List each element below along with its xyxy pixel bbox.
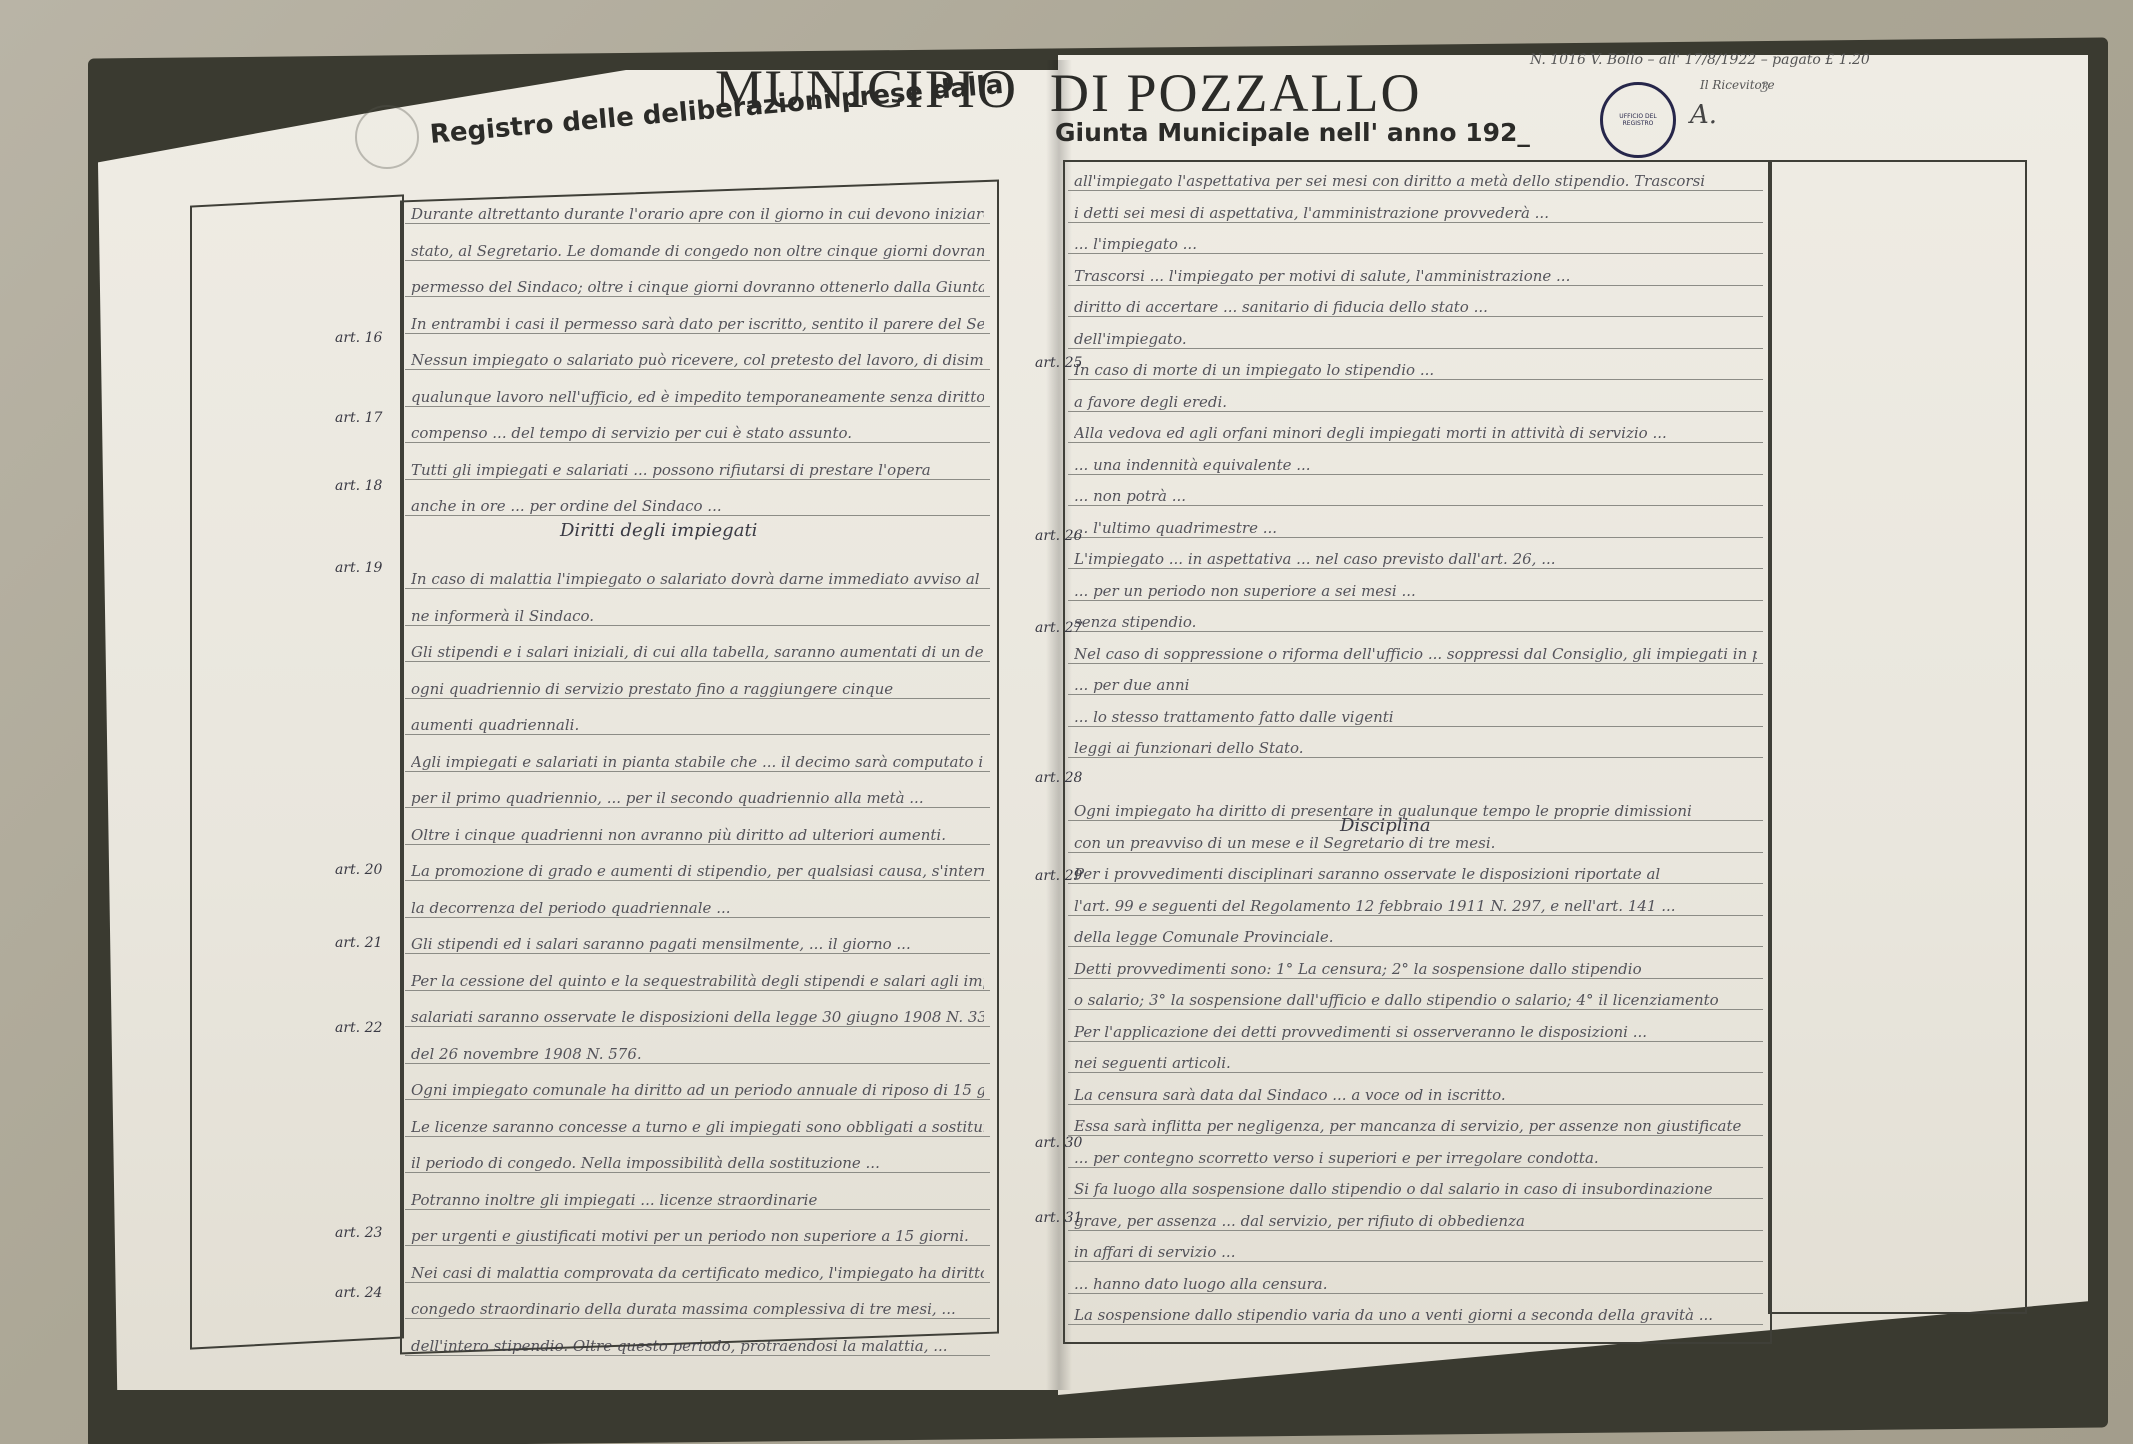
ruled-line <box>1068 631 1763 632</box>
margin-article-note: art. 28 <box>1035 770 1082 786</box>
handwritten-line: il periodo di congedo. Nella impossibili… <box>411 1154 984 1172</box>
ruled-line <box>405 661 990 662</box>
ruled-line <box>405 1026 990 1027</box>
ruled-line <box>405 953 990 954</box>
handwritten-line: la decorrenza del periodo quadriennale .… <box>411 899 984 917</box>
ruled-line <box>1068 726 1763 727</box>
margin-article-note: art. 26 <box>1035 528 1082 544</box>
handwritten-line: leggi ai funzionari dello Stato. <box>1074 739 1757 757</box>
handwritten-line: grave, per assenza ... dal servizio, per… <box>1074 1212 1757 1230</box>
margin-article-note: art. 30 <box>1035 1135 1082 1151</box>
stamp-label: UFFICIO DEL REGISTRO <box>1603 113 1673 127</box>
page-number: 3 <box>1760 80 1769 96</box>
handwritten-line: La censura sarà data dal Sindaco ... a v… <box>1074 1086 1757 1104</box>
ruled-line <box>1068 568 1763 569</box>
ruled-line <box>1068 600 1763 601</box>
handwritten-line: ... lo stesso trattamento fatto dalle vi… <box>1074 708 1757 726</box>
handwritten-line: diritto di accertare ... sanitario di fi… <box>1074 298 1757 316</box>
margin-article-note: art. 25 <box>1035 355 1082 371</box>
handwritten-line: Oltre i cinque quadrienni non avranno pi… <box>411 826 984 844</box>
ruled-line <box>1068 757 1763 758</box>
handwritten-line: Le licenze saranno concesse a turno e gl… <box>411 1118 984 1136</box>
handwritten-line: In entrambi i casi il permesso sarà dato… <box>411 315 984 333</box>
handwritten-line: nei seguenti articoli. <box>1074 1054 1757 1072</box>
ruled-line <box>1068 316 1763 317</box>
subtitle-right: Giunta Municipale nell' anno 192_ <box>1055 118 1530 147</box>
handwritten-line: per urgenti e giustificati motivi per un… <box>411 1227 984 1245</box>
handwritten-line: del 26 novembre 1908 N. 576. <box>411 1045 984 1063</box>
ruled-line <box>405 515 990 516</box>
handwritten-line: all'impiegato l'aspettativa per sei mesi… <box>1074 172 1757 190</box>
handwritten-line: senza stipendio. <box>1074 613 1757 631</box>
ruled-line <box>405 1209 990 1210</box>
ruled-line <box>405 1355 990 1356</box>
signature: A. <box>1690 100 1717 130</box>
handwritten-line: o salario; 3° la sospensione dall'uffici… <box>1074 991 1757 1009</box>
handwritten-line: La promozione di grado e aumenti di stip… <box>411 862 984 880</box>
ruled-line <box>405 260 990 261</box>
left-margin-column <box>190 194 404 1349</box>
handwritten-line: per il primo quadriennio, ... per il sec… <box>411 789 984 807</box>
ruled-line <box>1068 1198 1763 1199</box>
handwritten-line: l'art. 99 e seguenti del Regolamento 12 … <box>1074 897 1757 915</box>
ruled-line <box>405 1099 990 1100</box>
handwritten-line: In caso di malattia l'impiegato o salari… <box>411 570 984 588</box>
handwritten-line: ne informerà il Sindaco. <box>411 607 984 625</box>
handwritten-line: ogni quadriennio di servizio prestato fi… <box>411 680 984 698</box>
ruled-line <box>405 625 990 626</box>
handwritten-line: ... per un periodo non superiore a sei m… <box>1074 582 1757 600</box>
handwritten-line: a favore degli eredi. <box>1074 393 1757 411</box>
ruled-line <box>1068 253 1763 254</box>
ruled-line <box>1068 694 1763 695</box>
ruled-line <box>405 479 990 480</box>
handwritten-line: ... hanno dato luogo alla censura. <box>1074 1275 1757 1293</box>
ruled-line <box>1068 474 1763 475</box>
ruled-line <box>1068 411 1763 412</box>
ruled-line <box>1068 852 1763 853</box>
ruled-line <box>1068 883 1763 884</box>
handwritten-line: anche in ore ... per ordine del Sindaco … <box>411 497 984 515</box>
ruled-line <box>1068 1135 1763 1136</box>
ruled-line <box>1068 1041 1763 1042</box>
margin-article-note: art. 24 <box>335 1285 382 1301</box>
handwritten-line: della legge Comunale Provinciale. <box>1074 928 1757 946</box>
handwritten-line: aumenti quadriennali. <box>411 716 984 734</box>
handwritten-line: i detti sei mesi di aspettativa, l'ammin… <box>1074 204 1757 222</box>
ruled-line <box>405 807 990 808</box>
ruled-line <box>1068 946 1763 947</box>
ruled-line <box>1068 978 1763 979</box>
margin-article-note: art. 21 <box>335 935 382 951</box>
handwritten-line: qualunque lavoro nell'ufficio, ed è impe… <box>411 388 984 406</box>
ruled-line <box>405 1136 990 1137</box>
handwritten-line: salariati saranno osservate le disposizi… <box>411 1008 984 1026</box>
handwritten-line: stato, al Segretario. Le domande di cong… <box>411 242 984 260</box>
archive-note: N. 1016 V. Bollo – all' 17/8/1922 – paga… <box>1530 52 1870 68</box>
handwritten-line: Gli stipendi e i salari iniziali, di cui… <box>411 643 984 661</box>
ruled-line <box>405 1172 990 1173</box>
handwritten-line: Per l'applicazione dei detti provvedimen… <box>1074 1023 1757 1041</box>
handwritten-line: Gli stipendi ed i salari saranno pagati … <box>411 935 984 953</box>
handwritten-line: Detti provvedimenti sono: 1° La censura;… <box>1074 960 1757 978</box>
ruled-line <box>1068 1230 1763 1231</box>
ruled-line <box>405 880 990 881</box>
ruled-line <box>1068 190 1763 191</box>
registry-stamp-icon: UFFICIO DEL REGISTRO <box>1600 82 1676 158</box>
handwritten-line: Nei casi di malattia comprovata da certi… <box>411 1264 984 1282</box>
ruled-line <box>405 990 990 991</box>
handwritten-line: In caso di morte di un impiegato lo stip… <box>1074 361 1757 379</box>
handwritten-line: permesso del Sindaco; oltre i cinque gio… <box>411 278 984 296</box>
ruled-line <box>1068 537 1763 538</box>
handwritten-line: in affari di servizio ... <box>1074 1243 1757 1261</box>
ruled-line <box>1068 348 1763 349</box>
ruled-line <box>405 442 990 443</box>
handwritten-line: dell'impiegato. <box>1074 330 1757 348</box>
handwritten-line: Nessun impiegato o salariato può ricever… <box>411 351 984 369</box>
ruled-line <box>1068 222 1763 223</box>
ruled-line <box>405 296 990 297</box>
margin-article-note: art. 17 <box>335 410 382 426</box>
margin-article-note: art. 22 <box>335 1020 382 1036</box>
handwritten-line: ... l'impiegato ... <box>1074 235 1757 253</box>
margin-article-note: art. 27 <box>1035 620 1082 636</box>
margin-article-note: art. 31 <box>1035 1210 1082 1226</box>
title-di-pozzallo: DI POZZALLO <box>1050 62 1421 124</box>
handwritten-line: ... non potrà ... <box>1074 487 1757 505</box>
handwritten-line: Ogni impiegato comunale ha diritto ad un… <box>411 1081 984 1099</box>
ruled-line <box>1068 1104 1763 1105</box>
handwritten-line: Durante altrettanto durante l'orario apr… <box>411 205 984 223</box>
ruled-line <box>405 223 990 224</box>
ruled-line <box>405 1245 990 1246</box>
handwritten-line: ... per due anni <box>1074 676 1757 694</box>
ruled-line <box>1068 663 1763 664</box>
ruled-line <box>1068 505 1763 506</box>
ruled-line <box>405 406 990 407</box>
ruled-line <box>405 1063 990 1064</box>
margin-article-note: art. 20 <box>335 862 382 878</box>
handwritten-line: dell'intero stipendio. Oltre questo peri… <box>411 1337 984 1355</box>
ruled-line <box>1068 442 1763 443</box>
handwritten-line: ... per contegno scorretto verso i super… <box>1074 1149 1757 1167</box>
handwritten-line: Trascorsi ... l'impiegato per motivi di … <box>1074 267 1757 285</box>
ruled-line <box>1068 1293 1763 1294</box>
handwritten-line: L'impiegato ... in aspettativa ... nel c… <box>1074 550 1757 568</box>
ruled-line <box>1068 379 1763 380</box>
ruled-line <box>1068 1167 1763 1168</box>
ruled-line <box>1068 1261 1763 1262</box>
right-section-heading: Disciplina <box>1340 815 1431 836</box>
handwritten-line: ... una indennità equivalente ... <box>1074 456 1757 474</box>
ruled-line <box>1068 285 1763 286</box>
ruled-line <box>405 844 990 845</box>
ruled-line <box>405 369 990 370</box>
ruled-line <box>1068 1009 1763 1010</box>
handwritten-line: Essa sarà inflitta per negligenza, per m… <box>1074 1117 1757 1135</box>
ruled-line <box>405 734 990 735</box>
handwritten-line: compenso ... del tempo di servizio per c… <box>411 424 984 442</box>
handwritten-line: Si fa luogo alla sospensione dallo stipe… <box>1074 1180 1757 1198</box>
handwritten-line: Potranno inoltre gli impiegati ... licen… <box>411 1191 984 1209</box>
handwritten-line: La sospensione dallo stipendio varia da … <box>1074 1306 1757 1324</box>
ruled-line <box>405 771 990 772</box>
handwritten-line: Nel caso di soppressione o riforma dell'… <box>1074 645 1757 663</box>
right-margin-column <box>1768 160 2027 1314</box>
handwritten-line: Alla vedova ed agli orfani minori degli … <box>1074 424 1757 442</box>
margin-article-note: art. 29 <box>1035 868 1082 884</box>
left-section-heading: Diritti degli impiegati <box>560 520 757 541</box>
margin-article-note: art. 23 <box>335 1225 382 1241</box>
ruled-line <box>405 917 990 918</box>
handwritten-line: con un preavviso di un mese e il Segreta… <box>1074 834 1757 852</box>
ruled-line <box>405 1282 990 1283</box>
ruled-line <box>1068 1324 1763 1325</box>
margin-article-note: art. 16 <box>335 330 382 346</box>
handwritten-line: Tutti gli impiegati e salariati ... poss… <box>411 461 984 479</box>
margin-article-note: art. 18 <box>335 478 382 494</box>
handwritten-line: Agli impiegati e salariati in pianta sta… <box>411 753 984 771</box>
ruled-line <box>405 588 990 589</box>
handwritten-line: Per i provvedimenti disciplinari saranno… <box>1074 865 1757 883</box>
handwritten-line: Per la cessione del quinto e la sequestr… <box>411 972 984 990</box>
handwritten-line: ... l'ultimo quadrimestre ... <box>1074 519 1757 537</box>
ruled-line <box>1068 915 1763 916</box>
handwritten-line: congedo straordinario della durata massi… <box>411 1300 984 1318</box>
margin-article-note: art. 19 <box>335 560 382 576</box>
ruled-line <box>405 333 990 334</box>
faded-stamp-icon <box>355 105 419 169</box>
ruled-line <box>405 698 990 699</box>
ruled-line <box>405 1318 990 1319</box>
ruled-line <box>1068 1072 1763 1073</box>
